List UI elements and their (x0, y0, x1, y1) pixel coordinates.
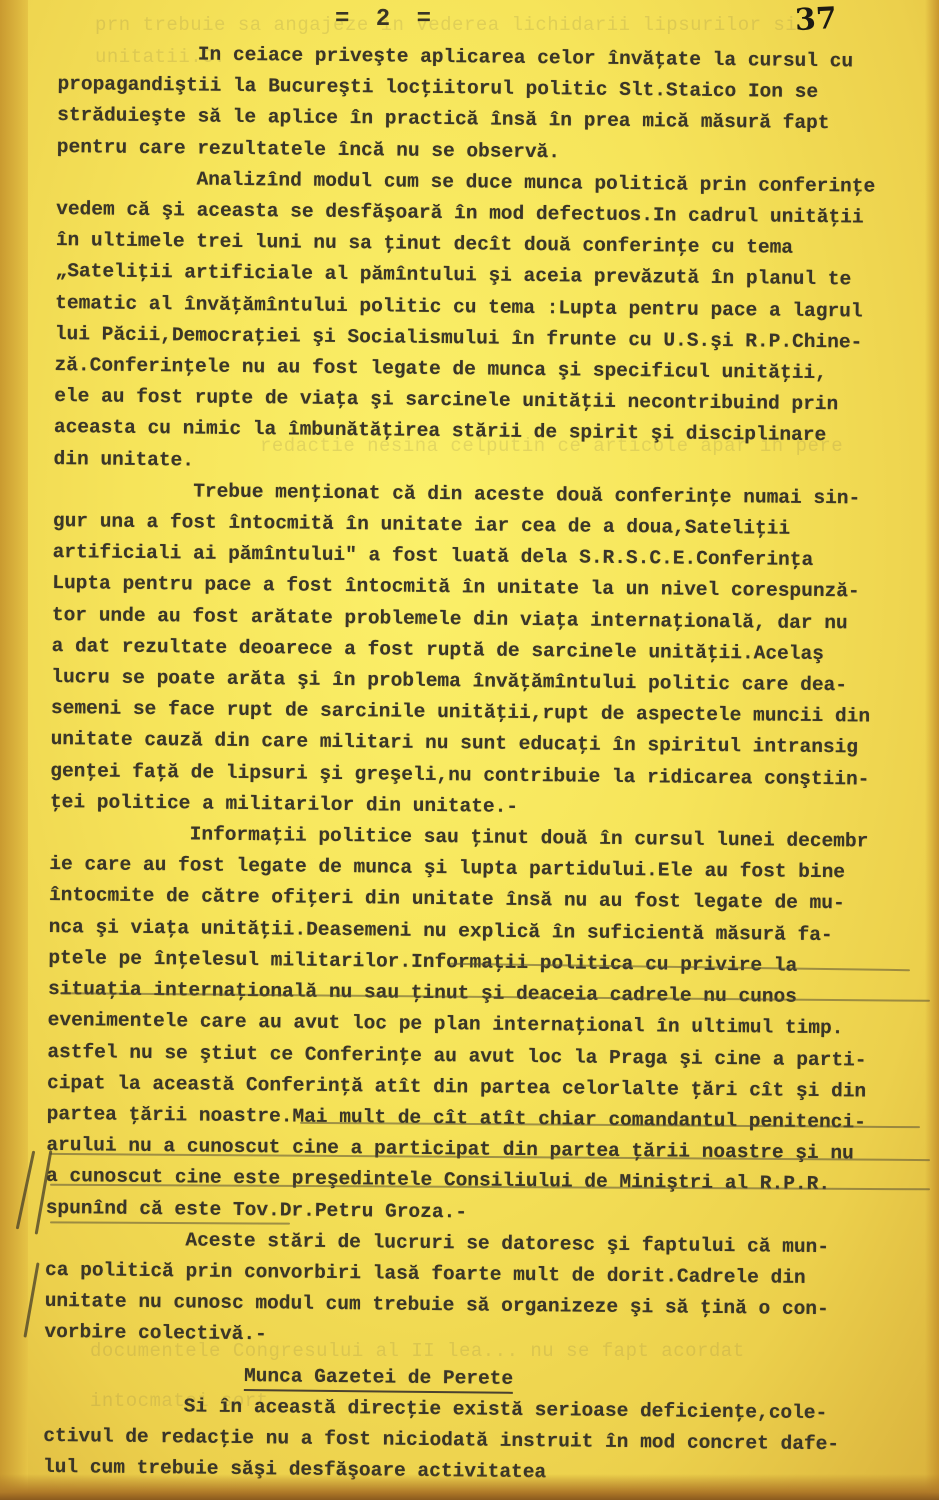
document-body: In ceiace priveşte aplicarea celor învăţ… (43, 38, 928, 1492)
margin-mark (16, 1151, 36, 1230)
paragraph-2: Analizînd modul cum se duce munca politi… (53, 163, 926, 484)
paragraph-4: Informaţii politice sau ţinut două în cu… (46, 818, 920, 1233)
margin-mark (23, 1262, 39, 1337)
folio-number: 37 (794, 1, 838, 38)
paragraph-3: Trebue menţionat că din aceste două conf… (50, 475, 924, 827)
paragraph-5: Aceste stări de lucruri se datoresc şi f… (44, 1224, 915, 1358)
bleed-through-text: prn trebuie sa angajeze in vederea lichi… (95, 14, 797, 36)
document-page: prn trebuie sa angajeze in vederea lichi… (0, 0, 939, 1500)
page-edge-shadow (925, 0, 939, 1500)
page-header: = 2 = (335, 6, 437, 33)
paragraph-1: In ceiace priveşte aplicarea celor învăţ… (57, 38, 928, 172)
paragraph-6: Si în această direcţie există serioase d… (43, 1390, 914, 1493)
section-heading-title: Munca Gazetei de Perete (244, 1365, 513, 1394)
